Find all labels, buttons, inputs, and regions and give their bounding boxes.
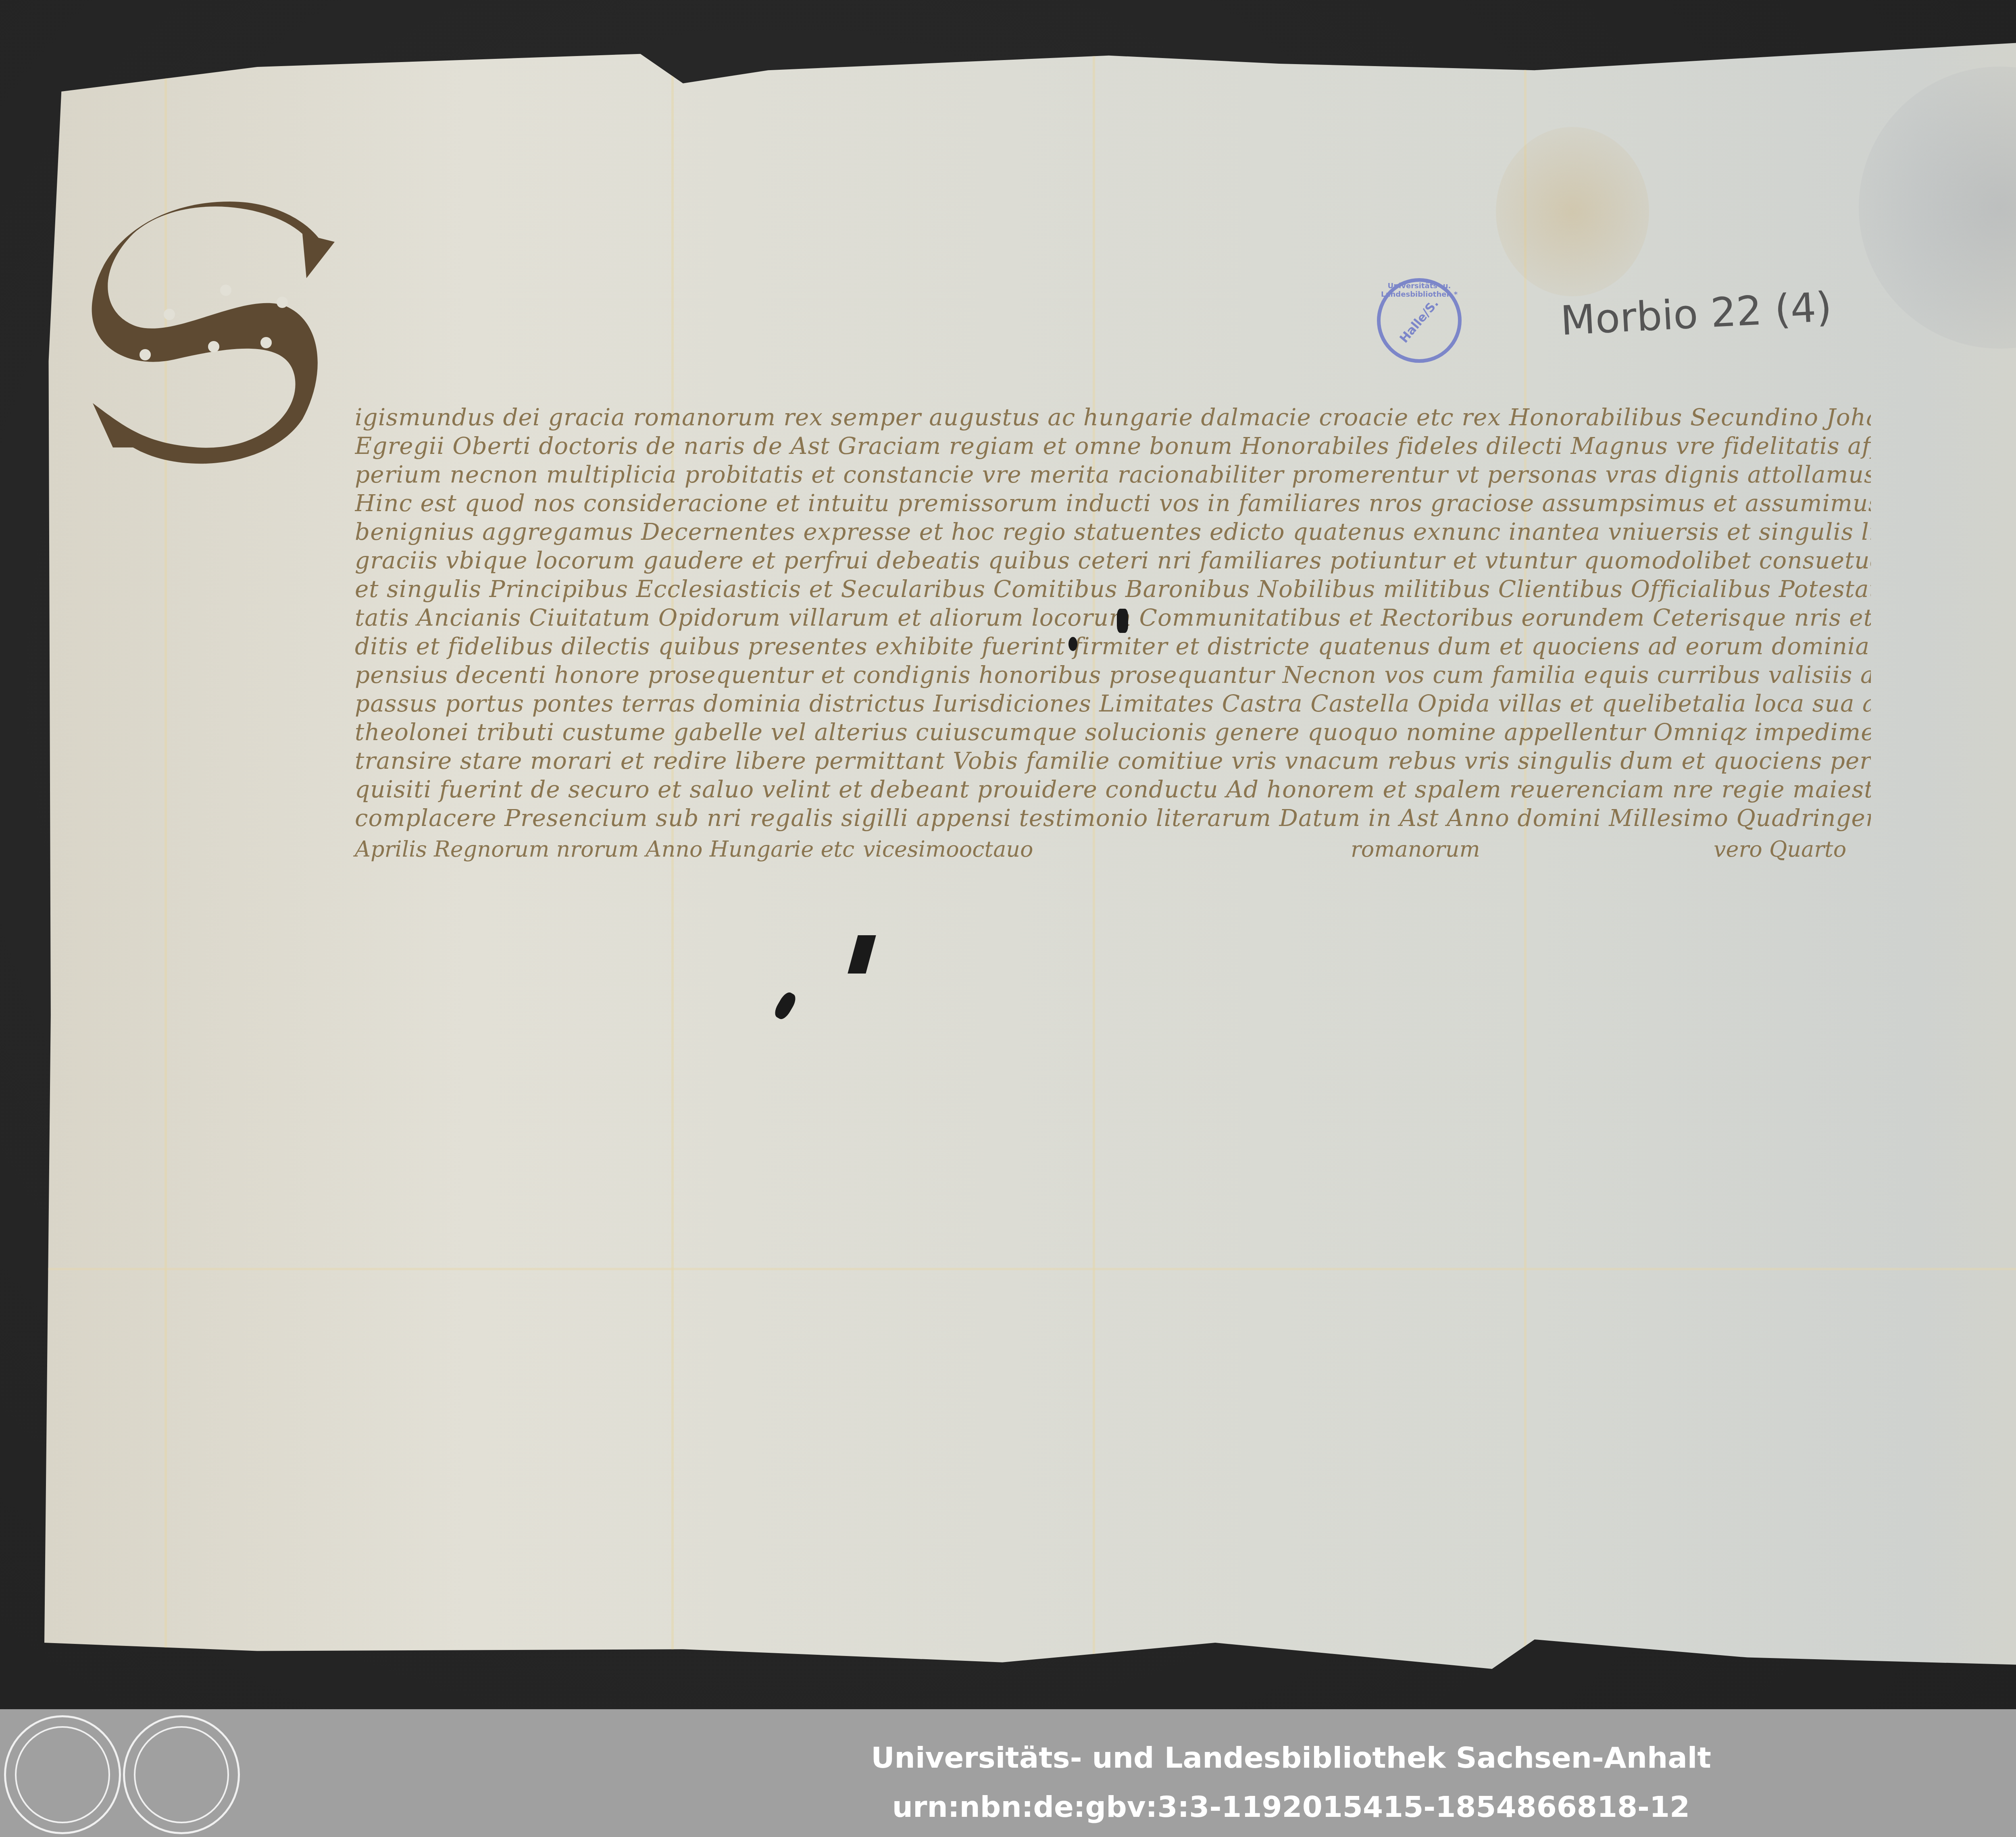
text-line: perium necnon multiplicia probitatis et … bbox=[355, 460, 1871, 489]
dating-line-part4: vero Quarto bbox=[1714, 836, 1846, 862]
shadow-stain bbox=[1859, 67, 2016, 349]
institution-name: Universitäts- und Landesbibliothek Sachs… bbox=[0, 1741, 2016, 1775]
text-line: quisiti fuerint de securo et saluo velin… bbox=[355, 775, 1871, 804]
text-line: theolonei tributi custume gabelle vel al… bbox=[355, 718, 1871, 747]
parchment-hole bbox=[1117, 609, 1128, 633]
water-stain bbox=[1496, 127, 1649, 296]
charter-text: igismundus dei gracia romanorum rex semp… bbox=[355, 403, 1871, 832]
text-line: Egregii Oberti doctoris de naris de Ast … bbox=[355, 432, 1871, 460]
text-line: tatis Ancianis Ciuitatum Opidorum villar… bbox=[355, 603, 1871, 632]
decorated-initial-s bbox=[77, 185, 351, 484]
fold-line bbox=[1093, 34, 1095, 1669]
fold-line bbox=[1524, 34, 1527, 1669]
library-footer-banner: Universitäts- und Landesbibliothek Sachs… bbox=[0, 1709, 2016, 1837]
text-line: transire stare morari et redire libere p… bbox=[355, 747, 1871, 775]
text-line: graciis vbique locorum gaudere et perfru… bbox=[355, 546, 1871, 575]
library-stamp: Universitäts- u. Landesbibliothek * Hall… bbox=[1377, 278, 1462, 363]
urn-identifier: urn:nbn:de:gbv:3:3-1192015415-1854866818… bbox=[0, 1790, 2016, 1824]
fold-line-horizontal bbox=[44, 1268, 2016, 1270]
dating-line-part2: vicesimooctauo bbox=[863, 836, 1033, 862]
dating-line-part3: romanorum bbox=[1351, 836, 1480, 862]
text-line: ditis et fidelibus dilectis quibus prese… bbox=[355, 632, 1871, 661]
text-line: et singulis Principibus Ecclesiasticis e… bbox=[355, 575, 1871, 603]
text-line: benignius aggregamus Decernentes express… bbox=[355, 518, 1871, 546]
dating-line-part1: Aprilis Regnorum nrorum Anno Hungarie et… bbox=[355, 836, 854, 862]
text-line: igismundus dei gracia romanorum rex semp… bbox=[355, 403, 1871, 432]
text-line: Hinc est quod nos consideracione et intu… bbox=[355, 489, 1871, 518]
parchment-hole bbox=[1068, 637, 1077, 651]
text-line: complacere Presencium sub nri regalis si… bbox=[355, 804, 1871, 832]
text-line: passus portus pontes terras dominia dist… bbox=[355, 689, 1871, 718]
text-line: pensius decenti honore prosequentur et c… bbox=[355, 661, 1871, 689]
